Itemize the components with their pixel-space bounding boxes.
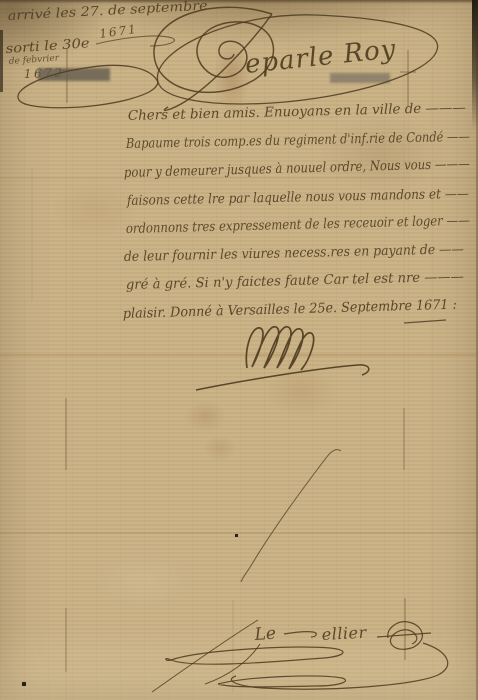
- royal-signature-loops: [246, 327, 313, 370]
- fold-cross-mark-right: [400, 50, 416, 106]
- arrival-note: arrivé les 27. de septembre: [7, 0, 208, 24]
- paraph-loop-upper: [166, 647, 343, 664]
- body-line-5: ordonnons tres expressement de les receu…: [126, 213, 470, 237]
- paraph-diagonal-stroke: [152, 620, 258, 692]
- countersignature-le: Le: [253, 624, 277, 646]
- manuscript-body: Chers et bien amis. Enuoyans en la ville…: [123, 100, 470, 323]
- royal-signature: Louis: [196, 327, 369, 390]
- ink-specks: [22, 534, 238, 686]
- body-line-4: faisons cette lre par laquelle nous vous…: [126, 186, 469, 209]
- countersignature-rest: ellier: [321, 623, 368, 644]
- countersignature: Le Tellier Le ellier: [253, 623, 368, 645]
- exit-note-2: de febvrier: [9, 53, 61, 67]
- manuscript-ink-layer: arrivé les 27. de septembre 1671 sorti l…: [0, 0, 478, 700]
- body-line-8: plaisir. Donné à Versailles le 25e. Sept…: [123, 297, 457, 322]
- date-underline: [404, 320, 446, 323]
- body-line-1: Chers et bien amis. Enuoyans en la ville…: [128, 100, 466, 124]
- paraph-flourishes: [152, 620, 448, 692]
- manuscript-page: arrivé les 27. de septembre 1671 sorti l…: [0, 0, 478, 700]
- paraph-loop-lower: [218, 676, 346, 687]
- royal-signature-underline-flourish: [196, 365, 369, 390]
- body-line-3: pour y demeurer jusques à nouuel ordre, …: [124, 156, 470, 181]
- arrival-year: 1671: [98, 22, 138, 41]
- countersignature-dash: [284, 632, 316, 637]
- ink-arc-stroke: [241, 450, 341, 582]
- ink-speck: [22, 682, 26, 686]
- body-line-6: de leur fournir les viures necess.res en…: [124, 241, 464, 265]
- ink-smudge-under-heading: [330, 73, 390, 83]
- ink-speck: [235, 534, 238, 537]
- body-line-2: Bapaume trois comp.es du regiment d'inf.…: [125, 129, 470, 152]
- body-line-7: gré à gré. Si n'y faictes faute Car tel …: [126, 269, 464, 293]
